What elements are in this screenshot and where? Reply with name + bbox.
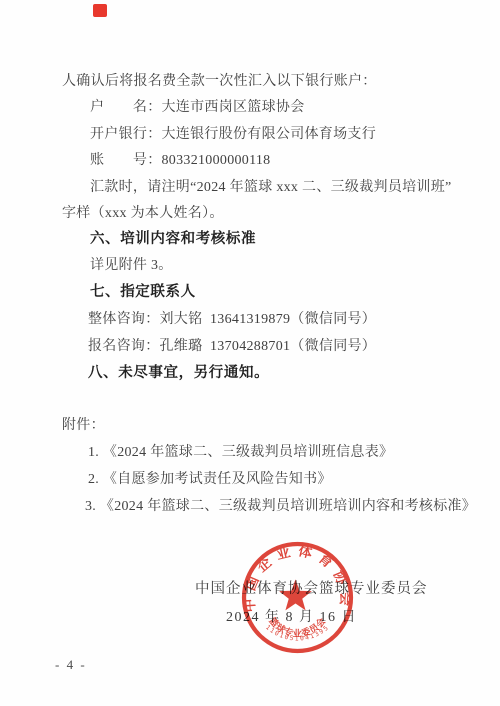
attachments-label: 附件：	[62, 418, 105, 433]
attachment-item-2: 2. 《自愿参加考试责任及风险告知书》	[88, 472, 332, 487]
remittance-note-line-2: 字样（xxx 为本人姓名）。	[62, 206, 224, 221]
document-page: 人确认后将报名费全款一次性汇入以下银行账户： 户 名：大连市西岗区篮球协会 开户…	[0, 0, 500, 706]
section-8-heading: 八、未尽事宜，另行通知。	[88, 366, 269, 381]
section-6-heading: 六、培训内容和考核标准	[90, 232, 256, 247]
account-number-line: 账 号：803321000000118	[90, 153, 270, 168]
contact-signup-line: 报名咨询：孔维璐 13704288701（微信同号）	[88, 339, 376, 354]
red-marker	[93, 4, 107, 17]
bank-name-line: 开户银行：大连银行股份有限公司体育场支行	[90, 127, 376, 142]
attachment-item-3: 3. 《2024 年篮球二、三级裁判员培训班培训内容和考核标准》	[85, 499, 476, 514]
contact-general-line: 整体咨询：刘大铭 13641319879（微信同号）	[88, 312, 376, 327]
seal-star-icon	[279, 579, 312, 610]
section-6-body: 详见附件 3。	[90, 258, 173, 273]
page-number: - 4 -	[55, 657, 87, 673]
official-seal-stamp: 中国企业体育协会 篮球专业委员会 1101051041395	[241, 541, 354, 654]
intro-line: 人确认后将报名费全款一次性汇入以下银行账户：	[62, 74, 377, 89]
attachment-item-1: 1. 《2024 年篮球二、三级裁判员培训班信息表》	[88, 445, 393, 460]
remittance-note-line-1: 汇款时，请注明“2024 年篮球 xxx 二、三级裁判员培训班”	[90, 180, 452, 195]
account-name-line: 户 名：大连市西岗区篮球协会	[90, 100, 305, 115]
section-7-heading: 七、指定联系人	[90, 285, 196, 300]
